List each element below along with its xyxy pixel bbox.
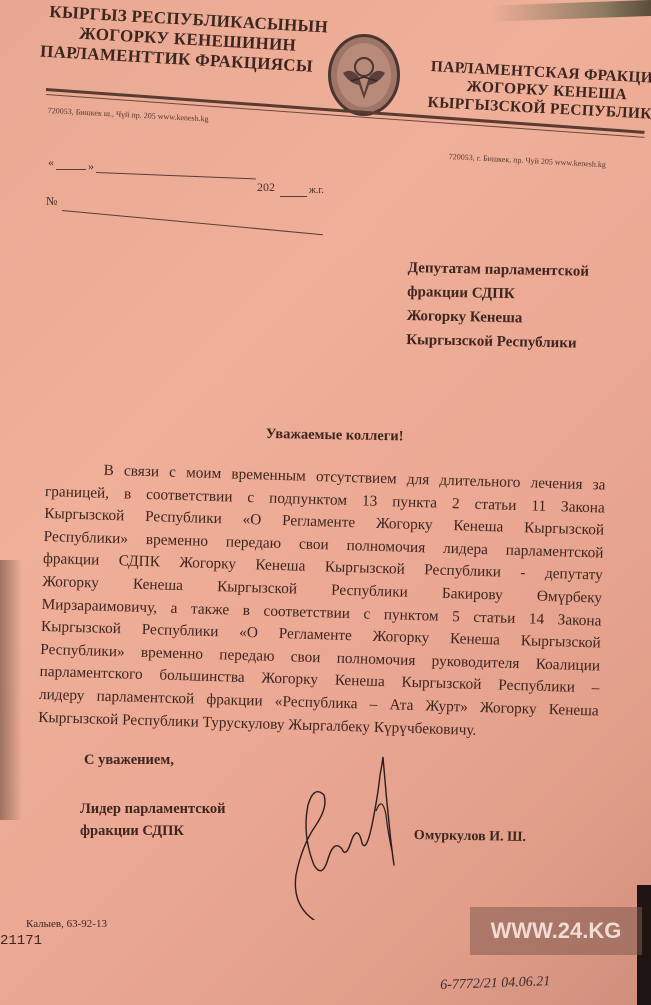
finger-shadow xyxy=(0,560,22,820)
background-corner xyxy=(491,0,651,22)
address-russian: 720053, г. Бишкек, пр. Чуй 205 www.kenes… xyxy=(449,152,607,169)
salutation: Уважаемые коллеги! xyxy=(266,426,404,445)
number-field xyxy=(62,210,323,235)
site-watermark: WWW.24.KG xyxy=(470,907,642,955)
signatory-name: Омуркулов И. Ш. xyxy=(414,828,526,846)
signatory-title-line: Лидер парламентской xyxy=(80,798,225,820)
address-kyrgyz: 720053, Бишкек ш., Чүй пр. 205 www.kenes… xyxy=(48,106,209,123)
executor-contact: Калыев, 63-92-13 xyxy=(26,918,107,930)
recipient-line: Кыргызской Республики xyxy=(406,328,588,356)
registration-number: 21171 xyxy=(0,933,42,949)
date-day-field xyxy=(56,169,86,170)
signatory-title-line: фракции СДПК xyxy=(80,820,225,842)
signatory-title: Лидер парламентской фракции СДПК xyxy=(80,798,225,842)
date-open-quote: « xyxy=(48,155,54,170)
letterhead-russian: ПАРЛАМЕНТСКАЯ ФРАКЦИЯ ЖОГОРКУ КЕНЕША КЫР… xyxy=(427,58,651,124)
kyrgyz-state-emblem-icon xyxy=(328,34,400,116)
date-month-field xyxy=(96,172,256,179)
recipient-block: Депутатам парламентской фракции СДПК Жог… xyxy=(406,256,589,356)
closing: С уважением, xyxy=(84,752,174,769)
letterhead-kyrgyz: КЫРГЫЗ РЕСПУБЛИКАСЫНЫН ЖОГОРКУ КЕНЕШИНИН… xyxy=(47,2,329,77)
letter-page: КЫРГЫЗ РЕСПУБЛИКАСЫНЫН ЖОГОРКУ КЕНЕШИНИН… xyxy=(0,0,651,1005)
date-year-field xyxy=(280,196,307,197)
letter-body: В связи с моим временным отсутствием для… xyxy=(38,458,616,746)
date-close-quote: » xyxy=(88,159,94,174)
date-year-prefix: 202 xyxy=(257,180,275,195)
handwritten-signature xyxy=(284,755,414,920)
handwritten-registration-note: 6-7772/21 04.06.21 xyxy=(440,974,551,994)
date-year-suffix: ж.г. xyxy=(309,185,324,196)
number-label: № xyxy=(46,194,57,209)
